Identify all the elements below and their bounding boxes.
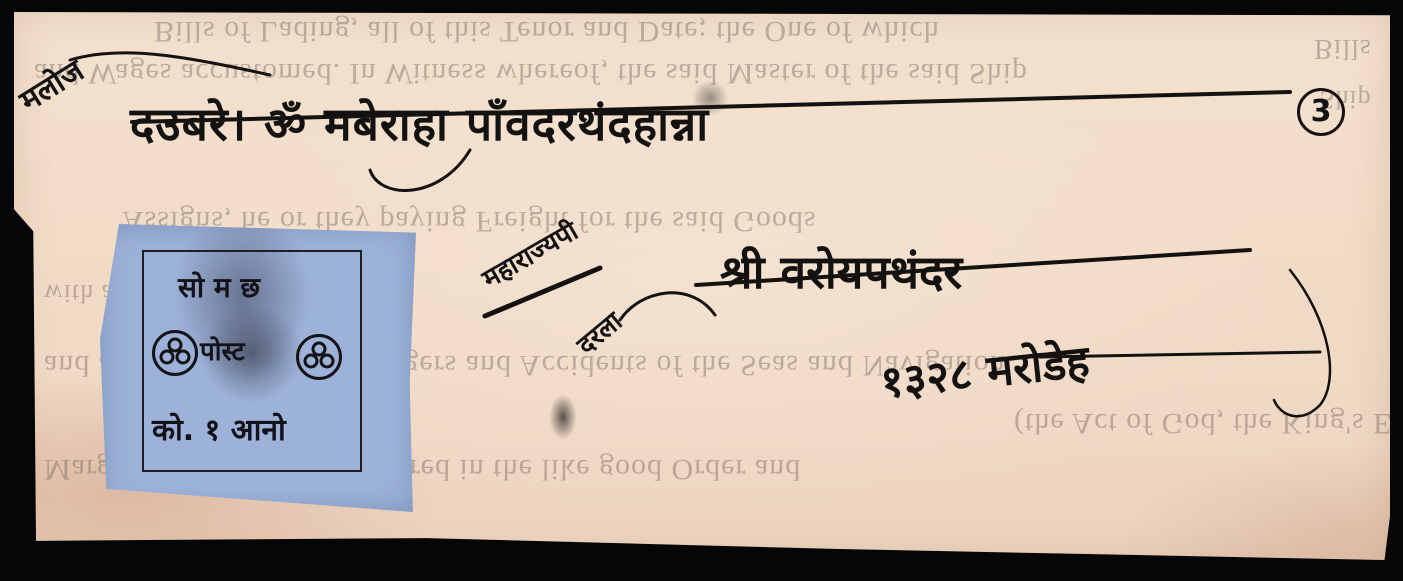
rosette-icon	[152, 330, 198, 376]
stamp-value-text: को. १ आनो	[152, 408, 286, 449]
stamp-middle-text: पोस्ट	[200, 332, 245, 368]
circled-number: 3	[1297, 88, 1345, 136]
printed-text-line: Bills of Lading, all of this Tenor and D…	[154, 14, 940, 48]
rosette-icon	[296, 334, 342, 380]
printed-text-line: (the Act of God, the King's Enemies	[1014, 406, 1403, 440]
handwritten-address-line-2: श्री वरोयपथंदर	[720, 240, 962, 302]
handwritten-address-line-1: दउबरे। ॐ मबेराहा पाँवदरथंदहान्ना	[130, 92, 709, 154]
printed-text-line: and Wages accustomed. In Witness whereof…	[34, 56, 1028, 90]
stamp-top-text: सो म छ	[178, 268, 260, 306]
printed-text-fragment: Bills	[1314, 32, 1372, 64]
ink-smudge	[548, 392, 578, 442]
postage-stamp: सो म छ पोस्ट को. १ आनो	[100, 224, 416, 512]
